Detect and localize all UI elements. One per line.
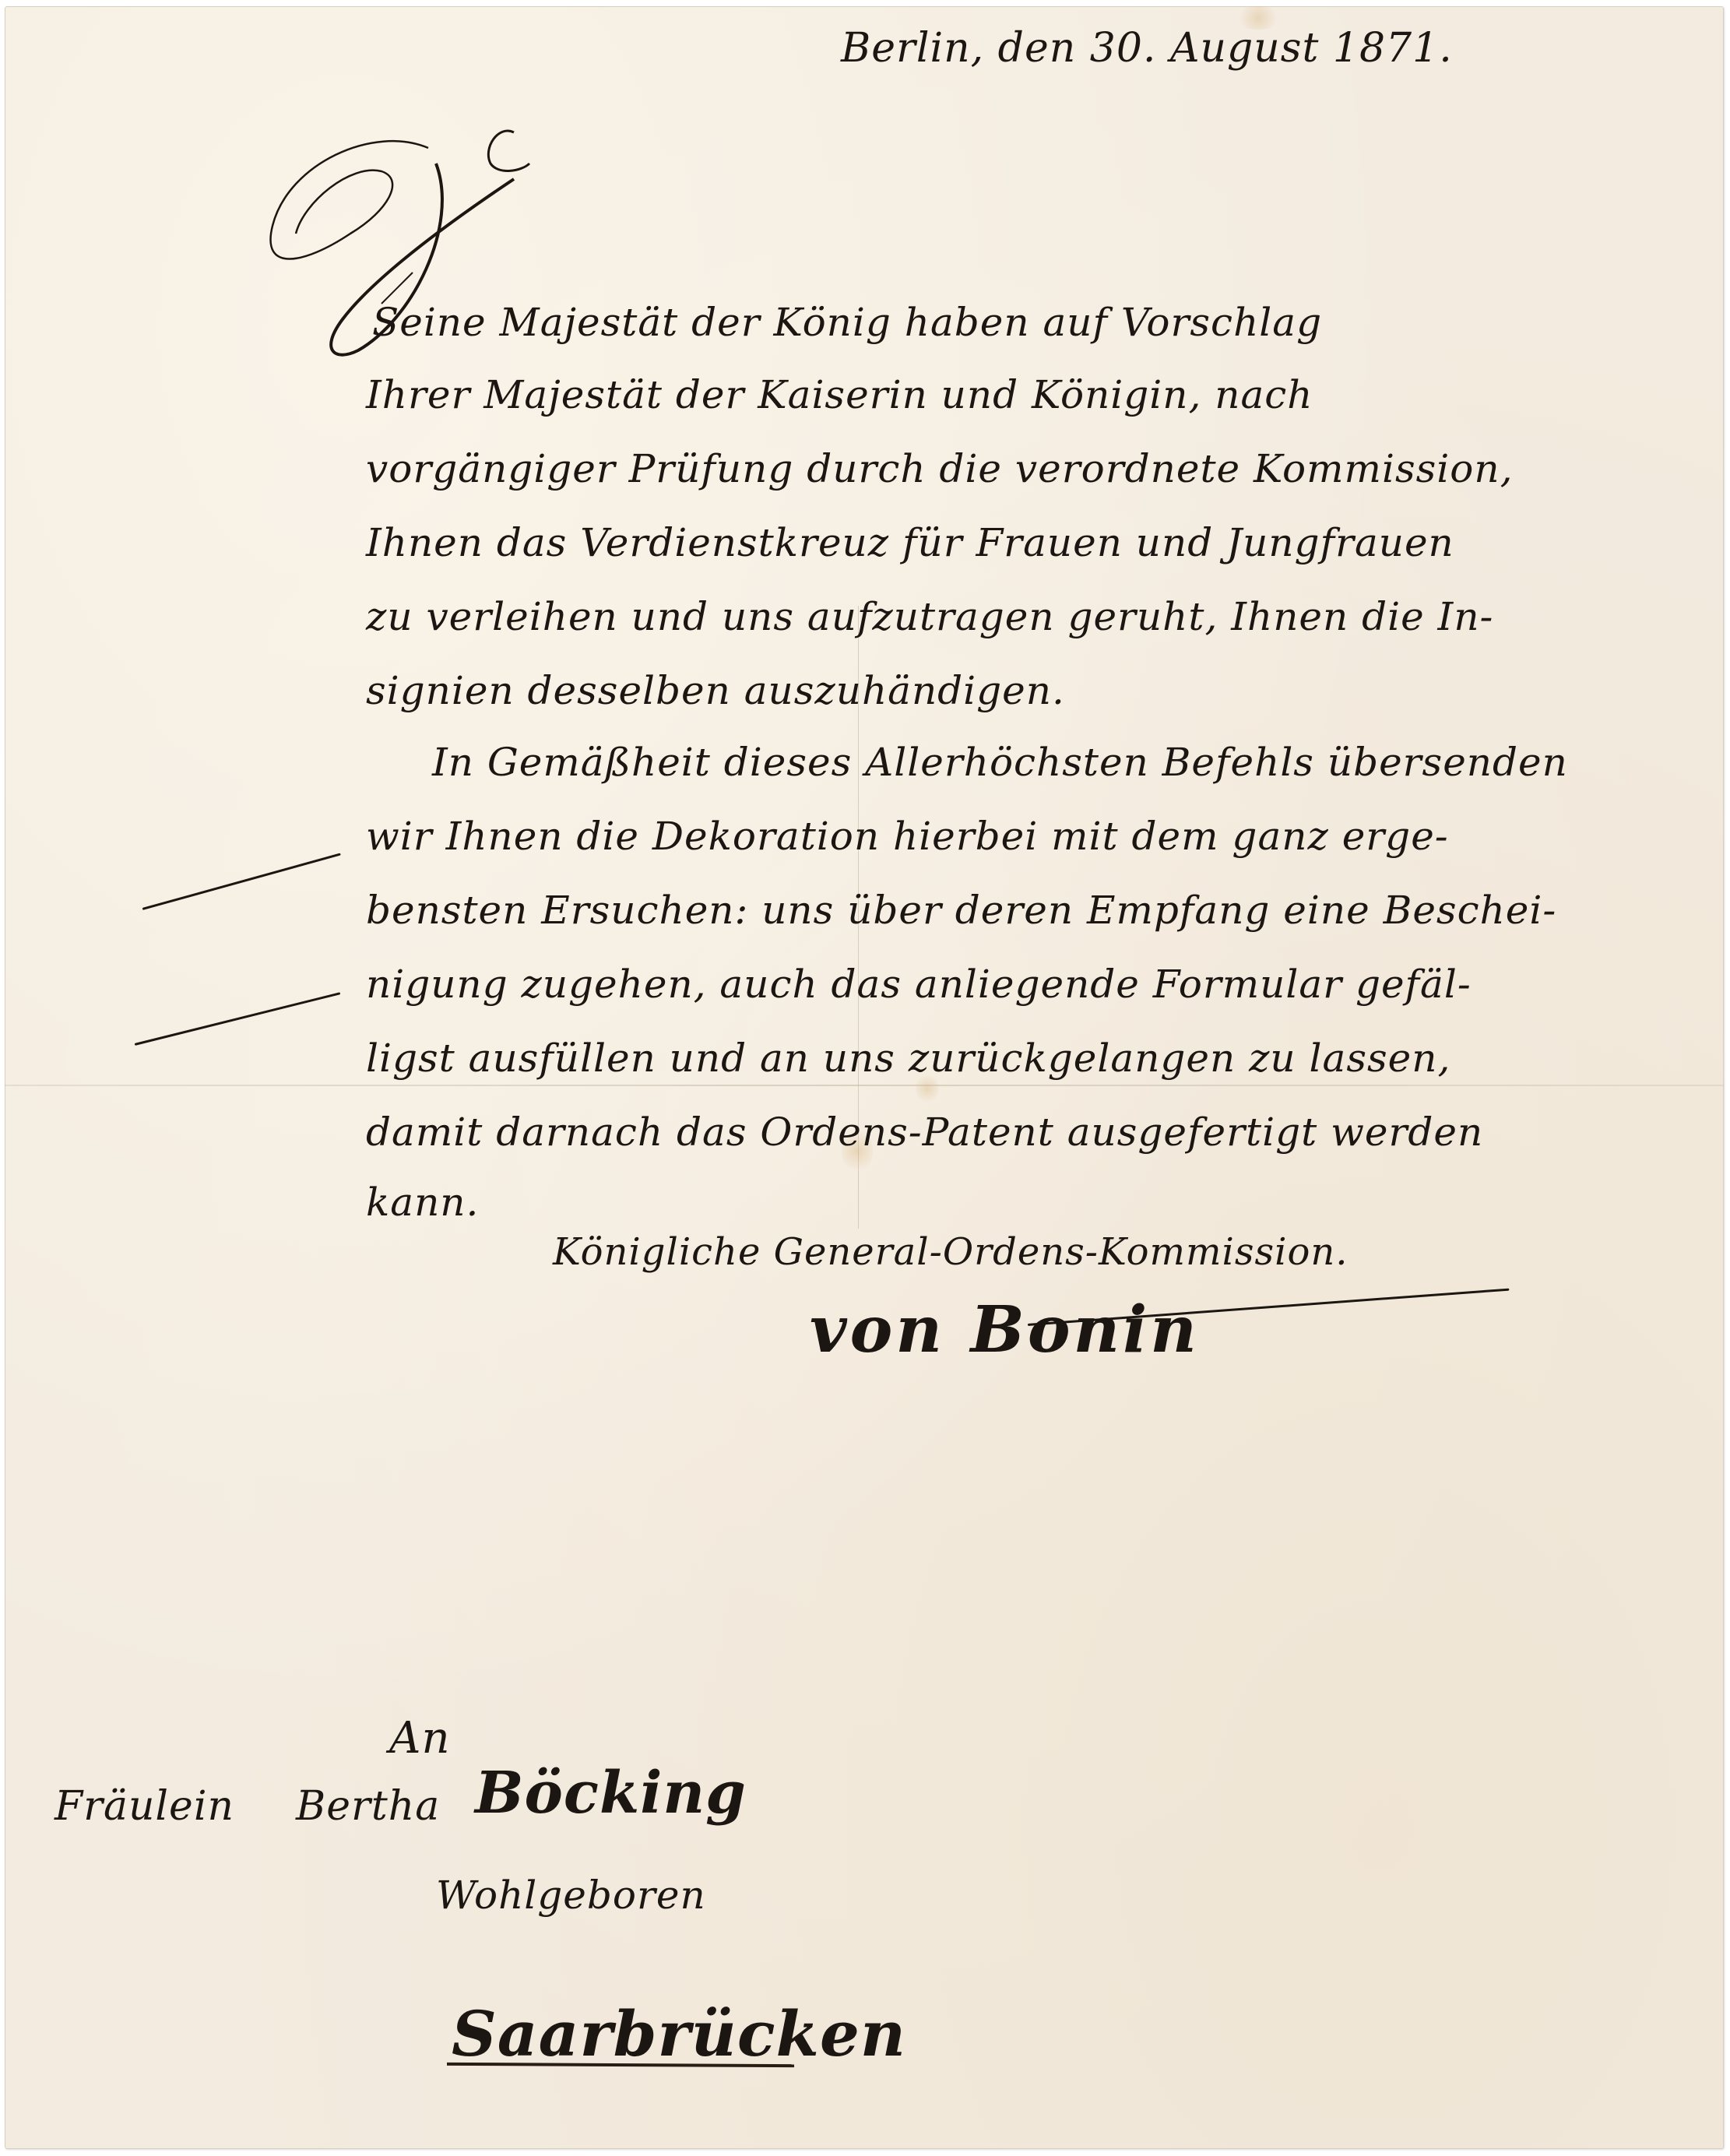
body-line: vorgängiger Prüfung durch die verordnete… [366, 446, 1513, 491]
body-line: Ihnen das Verdienstkreuz für Frauen und … [366, 520, 1454, 565]
signature: von Bonin [810, 1293, 1200, 1367]
body-line: signien desselben auszuhändigen. [366, 668, 1065, 713]
address-surname: Böcking [475, 1760, 747, 1827]
address-city: Saarbrücken [452, 1997, 906, 2070]
body-line: Seine Majestät der König haben auf Vorsc… [372, 300, 1322, 345]
body-line: zu verleihen und uns aufzutragen geruht,… [366, 594, 1493, 639]
address-salutation: Fräulein [55, 1783, 234, 1830]
horizontal-fold-crease [5, 1085, 1724, 1086]
body-line: nigung zugehen, auch das anliegende Form… [366, 962, 1472, 1007]
body-line: In Gemäßheit dieses Allerhöchsten Befehl… [432, 740, 1568, 785]
address-prefix: An [389, 1713, 451, 1764]
body-line: damit darnach das Ordens-Patent ausgefer… [366, 1110, 1483, 1155]
body-line: bensten Ersuchen: uns über deren Empfang… [366, 888, 1556, 933]
issuing-authority: Königliche General-Ordens-Kommission. [553, 1230, 1348, 1274]
body-line: wir Ihnen die Dekoration hierbei mit dem… [366, 814, 1449, 859]
body-line: Ihrer Majestät der Kaiserin und Königin,… [366, 372, 1313, 417]
address-first-name: Bertha [296, 1783, 440, 1830]
address-honorific: Wohlgeboren [436, 1873, 706, 1918]
body-line: kann. [366, 1180, 479, 1225]
dateline: Berlin, den 30. August 1871. [841, 25, 1453, 72]
body-line: ligst ausfüllen und an uns zurückgelange… [366, 1036, 1450, 1081]
